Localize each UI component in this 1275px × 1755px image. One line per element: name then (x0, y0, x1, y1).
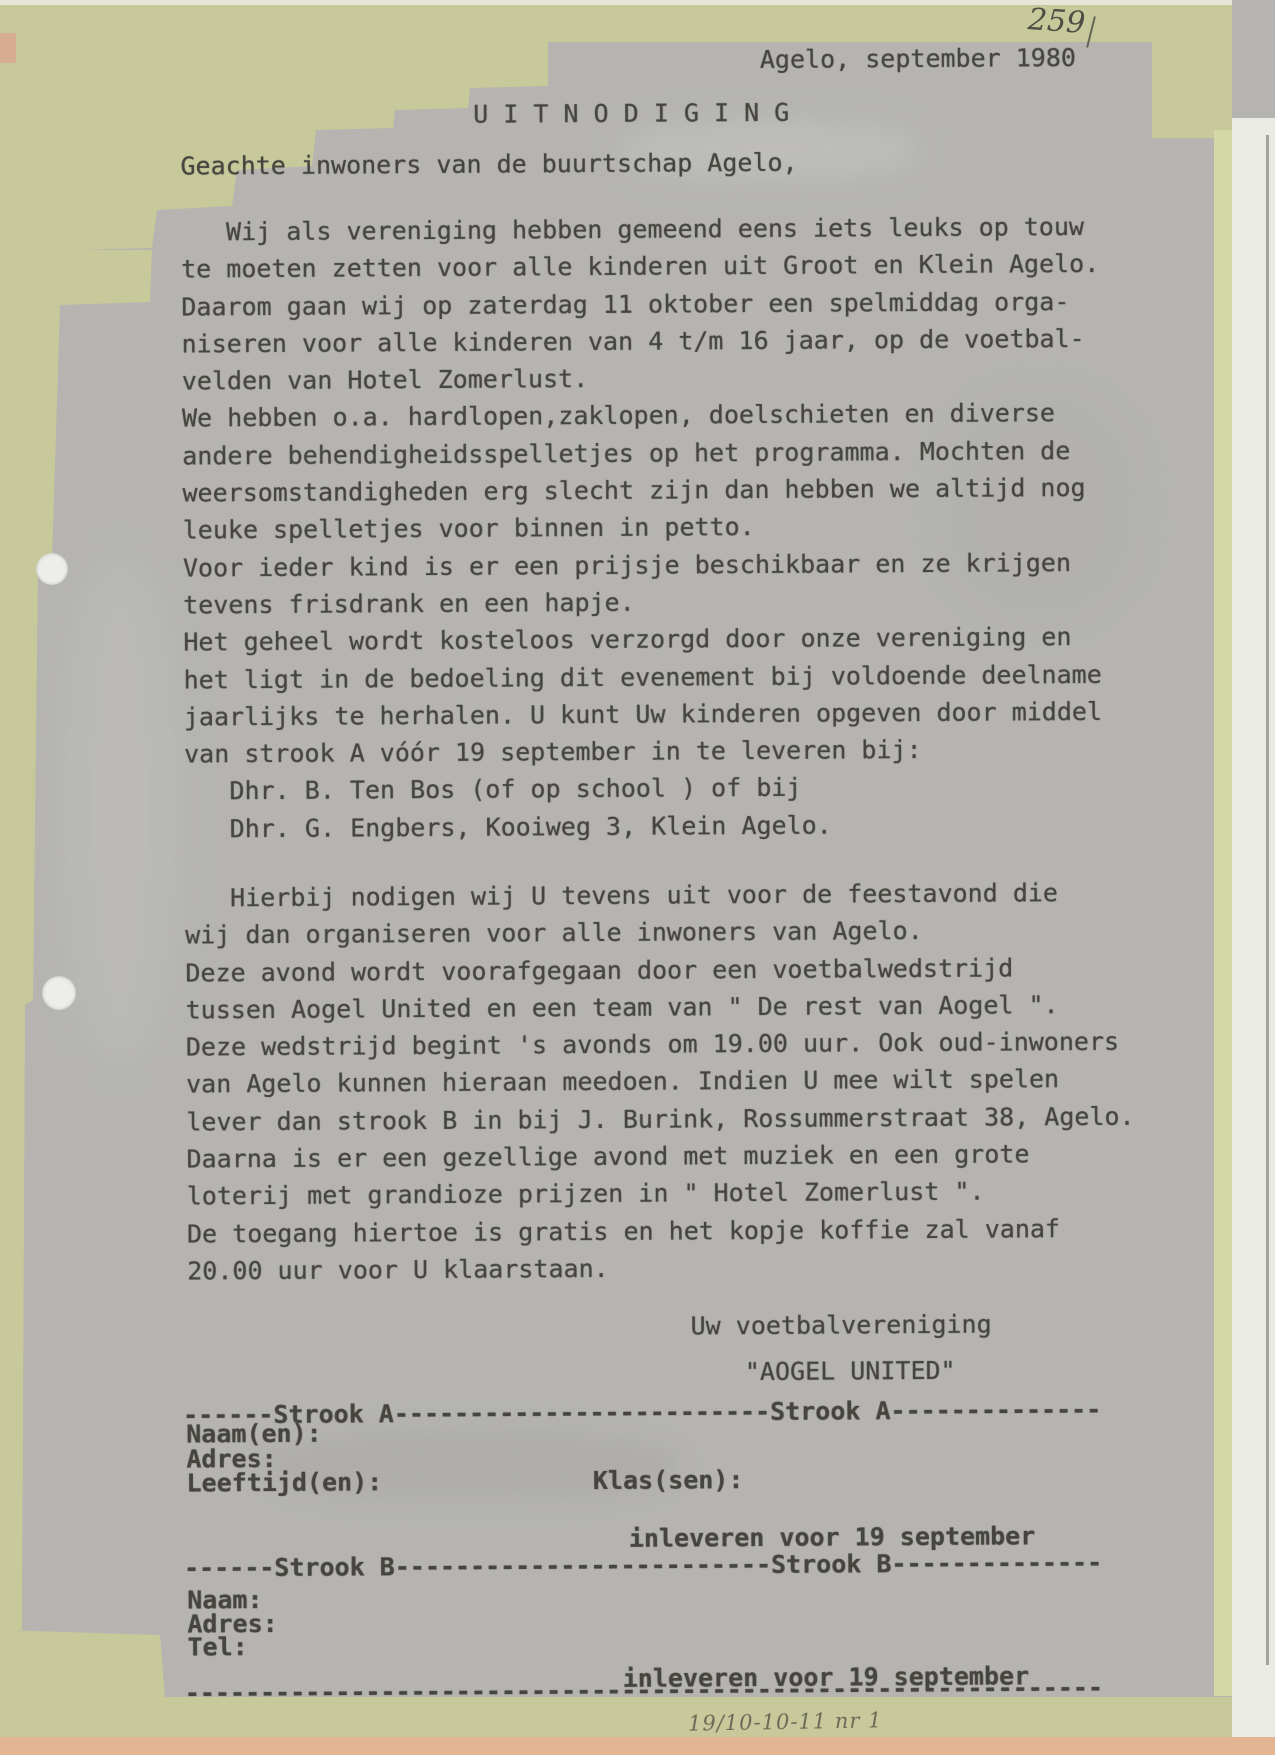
typed-text-layer: Agelo, september 1980 U I T N O D I G I … (0, 0, 1275, 1755)
date-line: Agelo, september 1980 (760, 39, 1076, 78)
handwritten-note: 19/10-10-11 nr 1 (688, 1708, 883, 1735)
body-paragraph-2: Hierbij nodigen wij U tevens uit voor de… (185, 874, 1136, 1290)
strook-a-deadline: inleveren voor 19 september (629, 1523, 1036, 1550)
strook-b-divider: ------Strook B-------------------------S… (184, 1550, 1102, 1581)
salutation: Geachte inwoners van de buurtschap Agelo… (180, 144, 797, 185)
letter-title: U I T N O D I G I N G (473, 94, 789, 133)
body-paragraph-1: Wij als vereniging hebben gemeend eens i… (181, 208, 1103, 848)
scanned-letter-page: 259 Agelo, september 1980 U I T N O D I … (0, 0, 1275, 1755)
strook-b-fields: Naam: Adres: Tel: (187, 1588, 278, 1660)
strook-a-fields: Naam(en): Adres: Leeftijd(en): Klas(sen)… (186, 1419, 743, 1496)
club-name-line: "AOGEL UNITED" (745, 1352, 956, 1391)
cutoff-dash-line: ----------------------------------------… (185, 1675, 1103, 1706)
closing-line: Uw voetbalvereniging (690, 1306, 991, 1345)
